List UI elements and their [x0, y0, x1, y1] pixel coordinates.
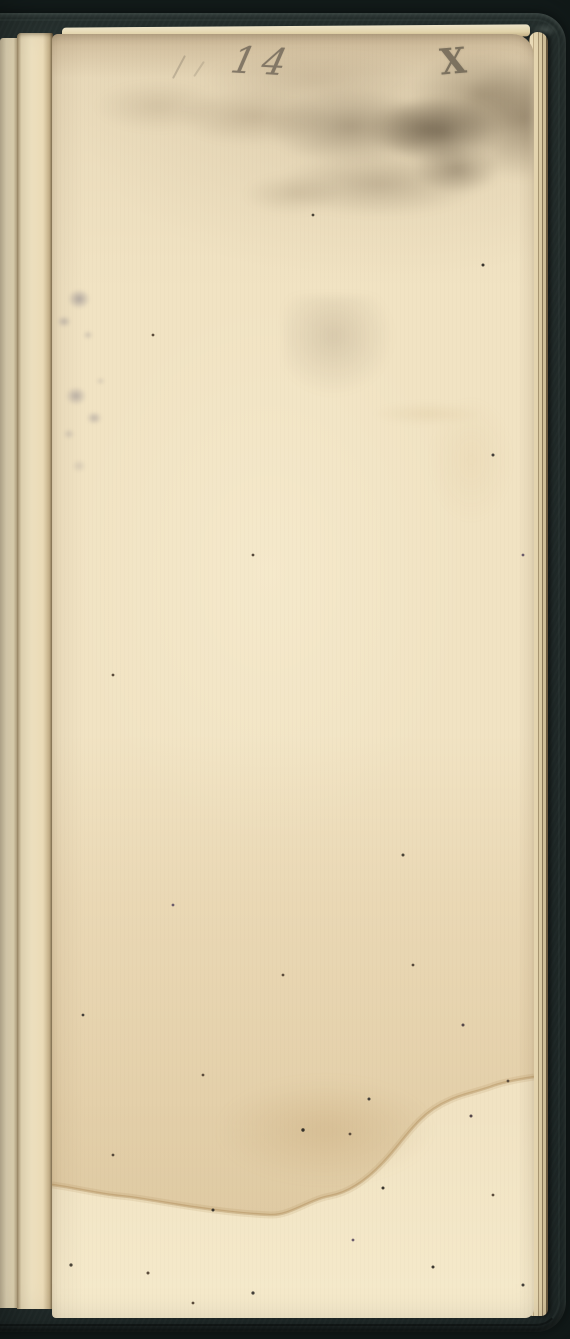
manuscript-photo: 14 X — [0, 0, 570, 1339]
blank-page: 14 X — [52, 34, 534, 1318]
faint-water-stain — [352, 334, 522, 544]
volume-numeral-inscription: X — [438, 40, 468, 84]
gutter-blotch-faint — [54, 442, 104, 502]
smoke-stain-core — [382, 96, 502, 166]
gutter-blotch-upper — [52, 272, 106, 362]
foxing-specks — [52, 34, 54, 36]
gutter-blotch-lower — [52, 356, 118, 456]
facing-page-edge-inner — [17, 33, 53, 1309]
tide-mark-core — [220, 1080, 430, 1180]
facing-page-edge-outer — [0, 38, 18, 1308]
page-number-inscription: 14 — [227, 39, 298, 85]
